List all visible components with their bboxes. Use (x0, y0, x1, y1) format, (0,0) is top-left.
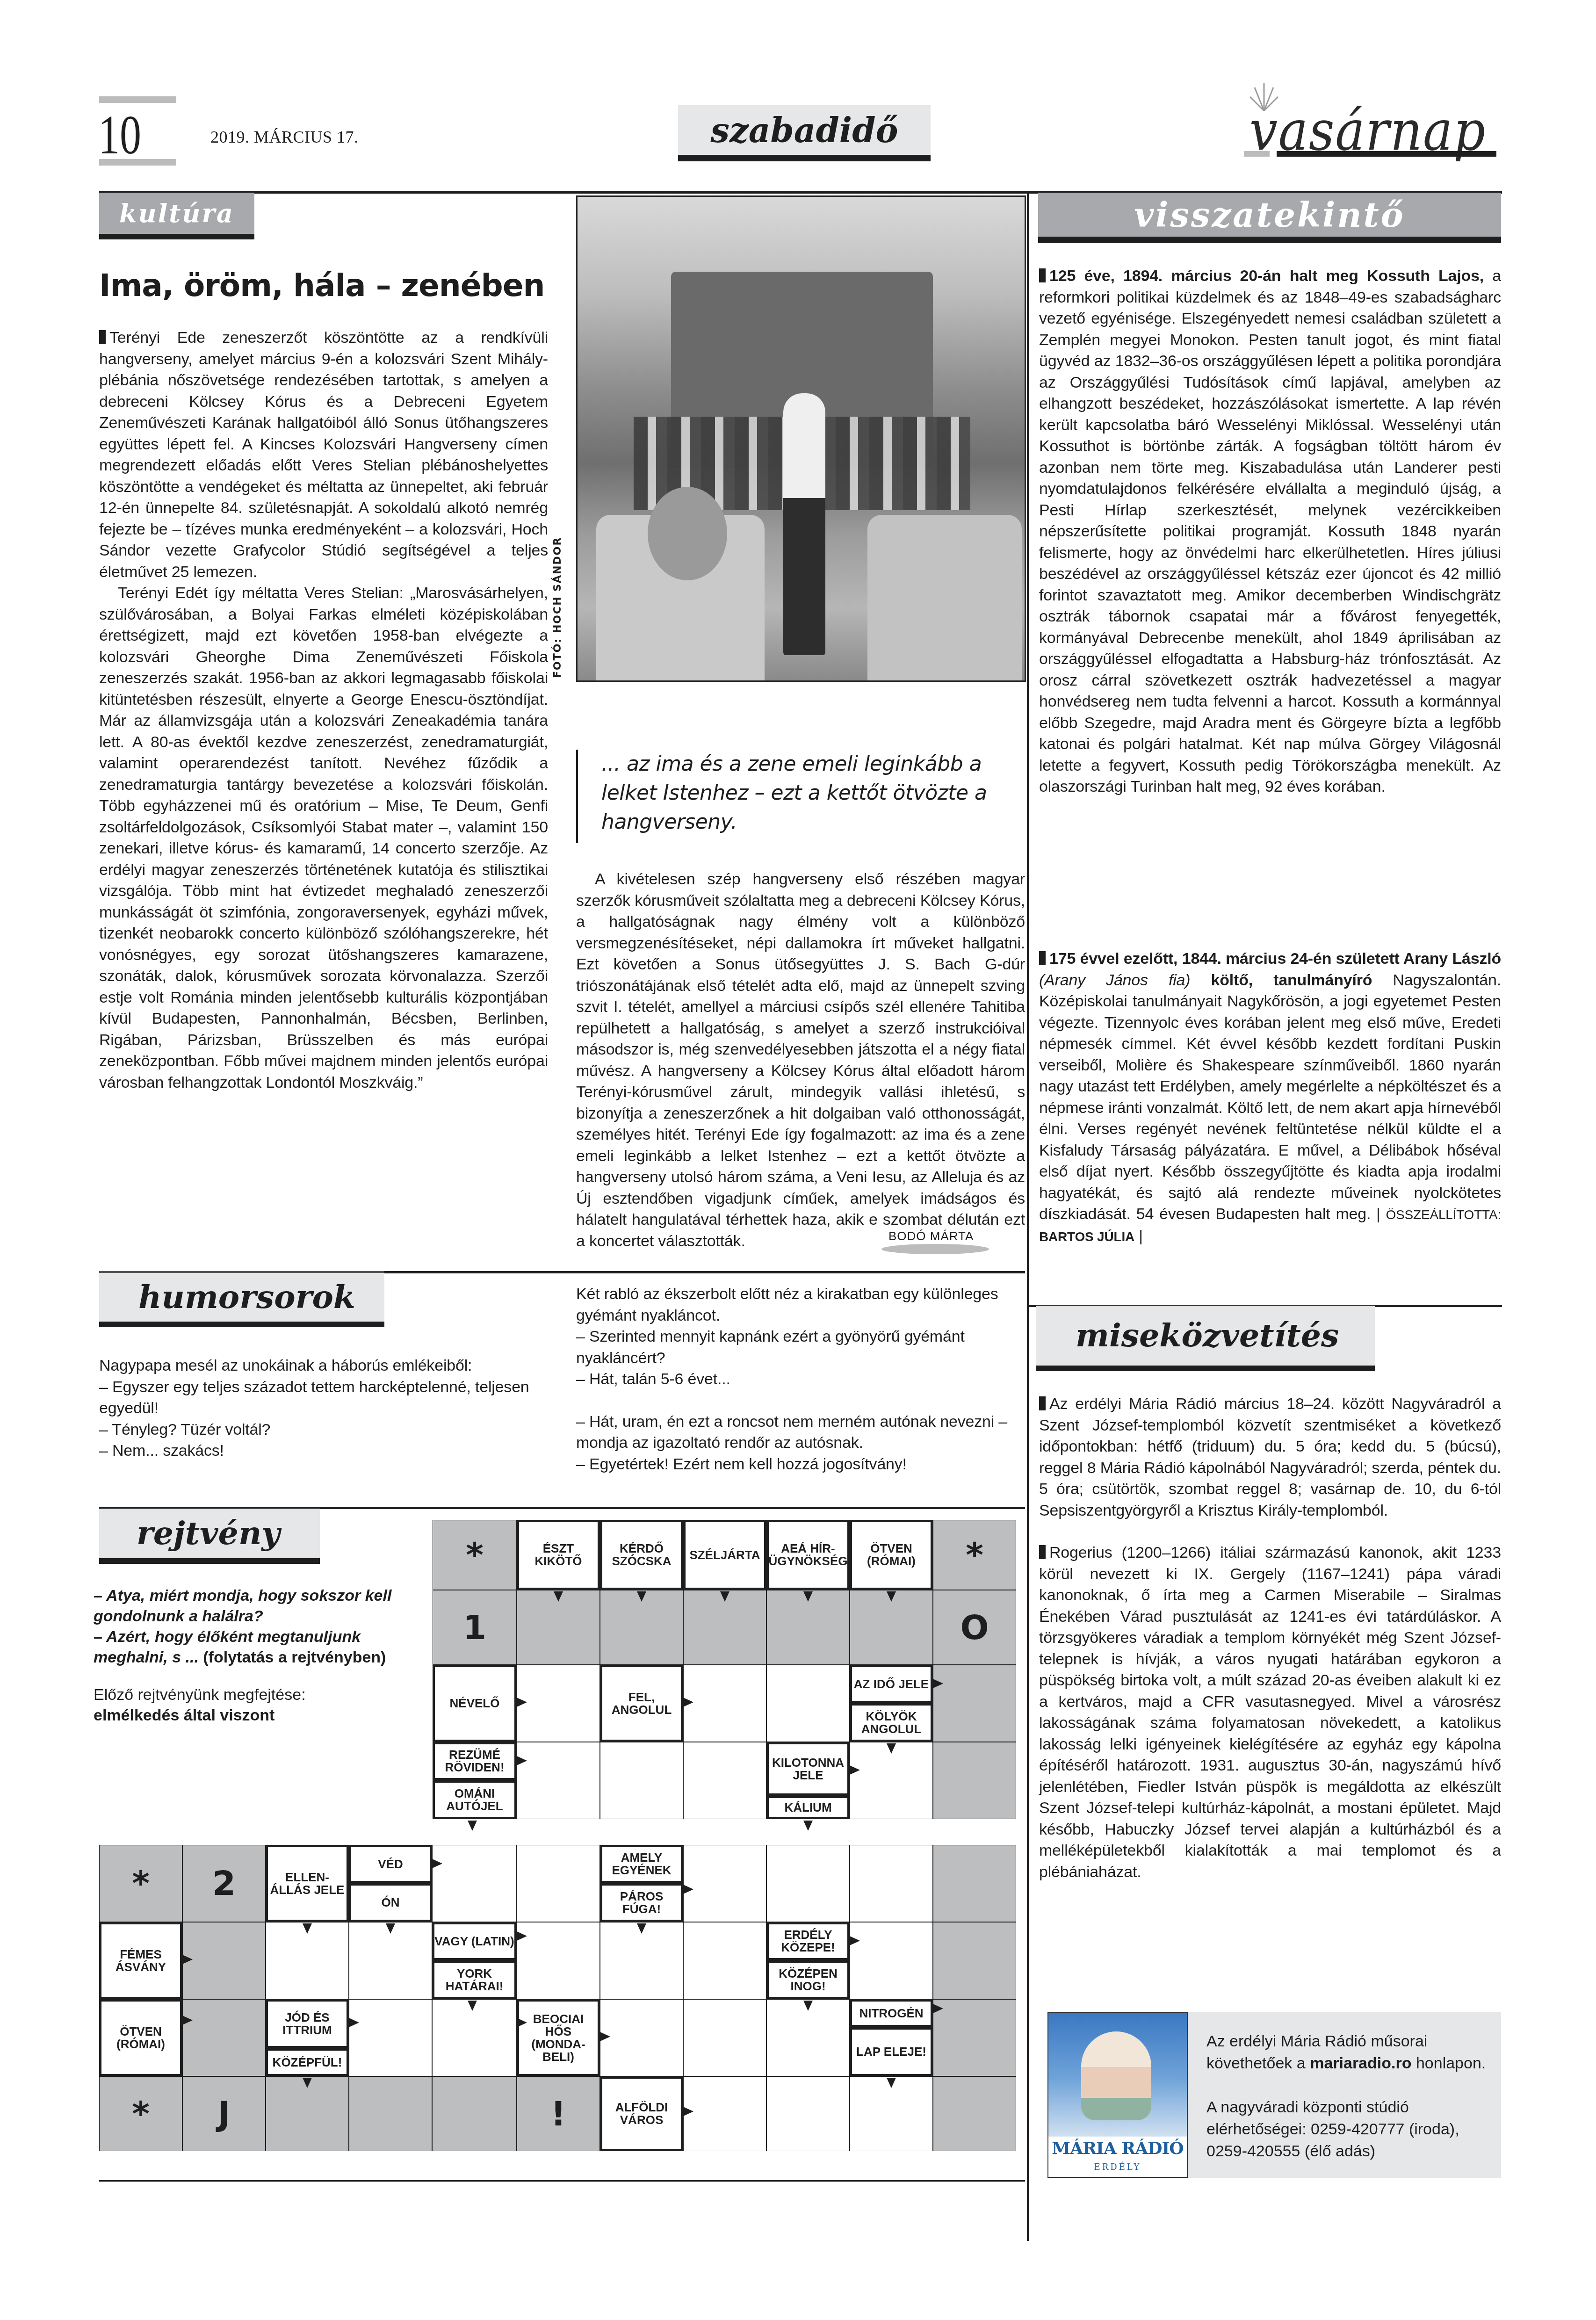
cw-answer-cell[interactable] (600, 1999, 683, 2076)
cw-clue[interactable]: BEOCIAI HŐS (MONDA-BELI) (517, 1999, 600, 2076)
photo-chair-right (867, 515, 1022, 682)
page-number-bar-bottom (99, 159, 176, 166)
cw-clue[interactable]: ELLEN-ÁLLÁS JELE (266, 1845, 349, 1922)
cw-clue[interactable]: VAGY (LATIN) (432, 1922, 517, 1960)
arrow-right-icon (517, 1931, 527, 1941)
compiled-name: BARTOS JÚLIA (1039, 1229, 1134, 1244)
arrow-right-icon (432, 1859, 442, 1868)
masthead: vasárnap (1244, 84, 1506, 154)
cw-clue[interactable]: AZ IDŐ JELE (850, 1665, 933, 1703)
cw-answer-cell[interactable] (432, 1845, 517, 1922)
arrow-right-icon (182, 2016, 193, 2025)
lead-marker (1039, 1545, 1046, 1559)
cw-answer-cell[interactable] (850, 1845, 933, 1922)
arrow-down-icon (637, 1591, 646, 1602)
pull-quote-text: ... az ima és a zene emeli leginkább a l… (601, 750, 1025, 837)
cw-answer-cell[interactable] (683, 1742, 766, 1819)
column-divider-right (1027, 193, 1029, 2241)
cw-answer-cell[interactable] (683, 1845, 766, 1922)
byline-underline (881, 1244, 989, 1254)
misekozvetites-tab: miseközvetítés (1036, 1306, 1375, 1371)
humor-tab: humorsorok (99, 1271, 384, 1327)
arrow-down-icon (887, 1591, 896, 1602)
cw-number: 2 (182, 1845, 266, 1922)
radio-info-1: Az erdélyi Mária Rádió műsorai követhető… (1206, 2031, 1492, 2074)
joke-line: – Nem... szakács! (99, 1440, 548, 1462)
arrow-right-icon (850, 1936, 860, 1945)
cw-answer-cell[interactable] (517, 1665, 600, 1742)
photo-audience (648, 487, 727, 580)
misekozvetites-tab-text: miseközvetítés (1076, 1317, 1339, 1354)
arrow-right-icon (933, 1679, 943, 1688)
cw-answer-cell[interactable] (517, 1845, 600, 1922)
humor-tab-text: humorsorok (138, 1279, 355, 1316)
compiled-label: ÖSSZEÁLLÍTOTTA: (1386, 1207, 1501, 1222)
article-paragraph-2: Terényi Edét így méltatta Veres Stelian:… (99, 583, 548, 1093)
arrow-right-icon (600, 2032, 610, 2041)
cw-number: J (182, 2076, 266, 2151)
mise-paragraph-1: Az erdélyi Mária Rádió március 18–24. kö… (1039, 1394, 1501, 1521)
cw-clue[interactable]: LAP ELEJE! (850, 2027, 933, 2076)
cw-number: ! (517, 2076, 600, 2151)
cw-star: * (99, 1845, 182, 1922)
visszatekinto-item-2: 175 évvel ezelőtt, 1844. március 24-én s… (1039, 948, 1501, 1247)
cw-answer-cell[interactable] (432, 2076, 517, 2151)
mise-paragraph-2: Rogerius (1200–1266) itáliai származású … (1039, 1542, 1501, 1883)
cw-clue[interactable]: VÉD (349, 1845, 432, 1883)
arrow-right-icon (850, 1765, 860, 1775)
arrow-down-icon (887, 1743, 896, 1754)
prev-solution-label: Előző rejtvényünk megfejtése: (94, 1684, 402, 1705)
kultura-tab-text: kultúra (119, 198, 234, 228)
arrow-down-icon (303, 1923, 312, 1934)
arrow-right-icon (182, 1955, 193, 1964)
arrow-down-icon (637, 1923, 646, 1934)
article-body-col1: Terényi Ede zeneszerzőt köszöntötte az a… (99, 327, 548, 1093)
madonna-image (1081, 2031, 1151, 2120)
cw-clue[interactable]: AMELY EGYÉNEK (600, 1845, 683, 1883)
radio-website-link[interactable]: mariaradio.ro (1310, 2054, 1411, 2072)
arrow-right-icon (349, 2018, 359, 2027)
visszatekinto-item-1: 125 éve, 1894. március 20-án halt meg Ko… (1039, 266, 1501, 798)
cw-clue[interactable]: PÁROS FÚGA! (600, 1883, 683, 1922)
page-number: 10 (98, 108, 141, 163)
joke-line: – Hát, talán 5-6 évet... (576, 1369, 1025, 1390)
kultura-tab: kultúra (99, 193, 254, 239)
cw-clue[interactable]: OMÁNI AUTÓJEL (433, 1780, 517, 1819)
arrow-right-icon (933, 2004, 943, 2013)
cw-clue[interactable]: REZÜMÉ RÖVIDEN! (433, 1742, 517, 1780)
joke-line: – Egyetértek! Ezért nem kell hozzá jogos… (576, 1454, 1025, 1475)
cw-clue[interactable]: NITROGÉN (850, 1999, 933, 2027)
joke-line: – Tényleg? Tüzér voltál? (99, 1419, 548, 1441)
arrow-down-icon (554, 1591, 563, 1602)
cw-clue[interactable]: AEÁ HÍR-ÜGYNÖKSÉG (766, 1520, 850, 1590)
lead-marker (1039, 1396, 1046, 1410)
visszatekinto-tab-text: visszatekintő (1134, 195, 1405, 235)
cw-answer-cell[interactable] (683, 2076, 766, 2151)
humor-joke-right: Két rabló az ékszerbolt előtt néz a kira… (576, 1284, 1025, 1475)
joke-line: Nagypapa mesél az unokáinak a háborús em… (99, 1355, 548, 1377)
arrow-right-icon (683, 1698, 693, 1707)
cw-answer-cell[interactable] (517, 1922, 600, 1999)
cw-clue[interactable]: ÖTVEN (RÓMAI) (99, 1999, 182, 2076)
cw-clue[interactable]: KILOTONNA JELE (766, 1742, 850, 1796)
arrow-down-icon (803, 1821, 813, 1831)
credit-sep: | (1376, 1205, 1380, 1223)
cw-clue[interactable]: KÖZÉPEN INOG! (766, 1960, 850, 1999)
humor-joke-left: Nagypapa mesél az unokáinak a háborús em… (99, 1355, 548, 1462)
arrow-right-icon (683, 1885, 693, 1894)
radio-logo-sub: ERDÉLY (1048, 2162, 1187, 2172)
article-body-col2: A kivételesen szép hangverseny első rész… (576, 869, 1025, 1252)
cw-answer-cell[interactable] (683, 1665, 766, 1742)
radio-logo-name: MÁRIA RÁDIÓ (1048, 2139, 1187, 2158)
maria-radio-box: MÁRIA RÁDIÓ ERDÉLY Az erdélyi Mária Rádi… (1047, 2012, 1501, 2178)
cw-star: * (933, 1520, 1016, 1590)
credit-sep: | (1139, 1227, 1143, 1245)
radio-info-2: A nagyváradi központi stúdió elérhetőség… (1206, 2096, 1492, 2162)
arrow-down-icon (386, 1923, 395, 1934)
lead-marker (1039, 268, 1046, 282)
byline: BODÓ MÁRTA (888, 1229, 974, 1243)
concert-photo (576, 195, 1026, 682)
arrow-right-icon (517, 2018, 527, 2027)
cw-star: * (433, 1520, 517, 1590)
cw-clue[interactable]: KÖZÉPFÜL! (266, 2048, 349, 2076)
arrow-down-icon (720, 1591, 729, 1602)
rejtveny-tab-text: rejtvény (137, 1515, 280, 1552)
lead-marker (99, 330, 106, 344)
arrow-down-icon (887, 2078, 896, 2088)
article-headline: Ima, öröm, hála – zenében (99, 267, 545, 304)
cw-clue[interactable]: FEL, ANGOLUL (600, 1665, 683, 1742)
cw-answer-cell[interactable] (933, 1922, 1016, 1999)
cw-clue[interactable]: ÉSZT KIKÖTŐ (517, 1520, 600, 1590)
maria-radio-logo: MÁRIA RÁDIÓ ERDÉLY (1047, 2012, 1188, 2178)
joke-line: – Hát, uram, én ezt a roncsot nem merném… (576, 1411, 1025, 1454)
photo-conductor (783, 393, 825, 655)
radio-info: Az erdélyi Mária Rádió műsorai követhető… (1206, 2031, 1492, 2162)
lead-marker (1039, 951, 1046, 965)
cw-answer-cell[interactable] (933, 1845, 1016, 1922)
cw-answer-cell[interactable] (683, 1999, 766, 2076)
page-number-bar-top (99, 96, 176, 103)
cw-clue[interactable]: KÁLIUM (766, 1796, 850, 1819)
joke-line: – Egyszer egy teljes századot tettem har… (99, 1377, 548, 1419)
cw-clue[interactable]: ÓN (349, 1883, 432, 1922)
cw-clue[interactable]: SZÉLJÁRTA (683, 1520, 766, 1590)
riddle-text: – Atya, miért mondja, hogy sokszor kell … (94, 1585, 402, 1726)
arrow-right-icon (517, 1756, 527, 1765)
article-paragraph-1: Terényi Ede zeneszerzőt köszöntötte az a… (99, 327, 548, 583)
section-label: szabadidő (678, 105, 931, 161)
cw-clue[interactable]: ALFÖLDI VÁROS (600, 2076, 683, 2151)
riddle-answer: – Azért, hogy élőként megtanuljunk megha… (94, 1626, 402, 1668)
cw-answer-cell[interactable] (182, 1999, 266, 2076)
cw-answer-cell[interactable] (850, 1922, 933, 1999)
joke-line: Két rabló az ékszerbolt előtt néz a kira… (576, 1284, 1025, 1326)
visszatekinto-tab: visszatekintő (1038, 193, 1501, 243)
cw-star: * (99, 2076, 182, 2151)
riddle-question: – Atya, miért mondja, hogy sokszor kell … (94, 1585, 402, 1626)
issue-date: 2019. MÁRCIUS 17. (210, 127, 359, 147)
cw-number: 1 (433, 1590, 517, 1665)
cw-answer-cell[interactable] (933, 1742, 1016, 1819)
cw-clue[interactable]: YORK HATÁRAI! (432, 1960, 517, 1999)
cw-answer-cell[interactable] (182, 1922, 266, 1999)
cw-answer-cell[interactable] (766, 2076, 850, 2151)
arrow-down-icon (803, 1591, 813, 1602)
masthead-bar-left (1244, 151, 1270, 157)
cw-clue[interactable]: NÉVELŐ (433, 1665, 517, 1742)
pull-quote: ... az ima és a zene emeli leginkább a l… (576, 750, 1025, 843)
cw-answer-cell[interactable] (683, 1922, 766, 1999)
arrow-down-icon (303, 2078, 312, 2088)
cw-clue[interactable]: FÉMES ÁSVÁNY (99, 1922, 182, 1999)
bottom-rule (99, 2180, 1025, 2182)
arrow-down-icon (468, 2001, 477, 2011)
arrow-down-icon (468, 1821, 477, 1831)
section-label-text: szabadidő (710, 110, 898, 150)
masthead-bar (1277, 151, 1496, 157)
cw-clue[interactable]: JÓD ÉS ITTRIUM (266, 1999, 349, 2048)
cw-clue[interactable]: ERDÉLY KÖZEPE! (766, 1922, 850, 1960)
cw-clue[interactable]: KÉRDŐ SZÓCSKA (600, 1520, 683, 1590)
arrow-down-icon (803, 2001, 813, 2011)
cw-answer-cell[interactable] (933, 1665, 1016, 1742)
cw-answer-cell[interactable] (517, 1742, 600, 1819)
cw-answer-cell[interactable] (766, 1845, 850, 1922)
cw-answer-cell[interactable] (600, 1742, 683, 1819)
cw-number: O (933, 1590, 1016, 1665)
joke-spacer (576, 1390, 1025, 1411)
mise-body: Az erdélyi Mária Rádió március 18–24. kö… (1039, 1394, 1501, 1883)
cw-clue[interactable]: KÖLYÖK ANGOLUL (850, 1703, 933, 1742)
cw-answer-cell[interactable] (933, 2076, 1016, 2151)
cw-answer-cell[interactable] (933, 1999, 1016, 2076)
arrow-right-icon (517, 1698, 527, 1707)
cw-clue[interactable]: ÖTVEN (RÓMAI) (850, 1520, 933, 1590)
arrow-right-icon (683, 2107, 693, 2116)
cw-answer-cell[interactable] (766, 1665, 850, 1742)
joke-line: – Szerinted mennyit kapnánk ezért a gyön… (576, 1326, 1025, 1369)
photo-credit: FOTÓ: HOCH SÁNDOR (552, 510, 571, 678)
cw-answer-cell[interactable] (349, 2076, 432, 2151)
prev-solution-answer: elmélkedés által viszont (94, 1705, 402, 1726)
rejtveny-tab: rejtvény (99, 1509, 320, 1564)
cw-answer-cell[interactable] (349, 1999, 432, 2076)
